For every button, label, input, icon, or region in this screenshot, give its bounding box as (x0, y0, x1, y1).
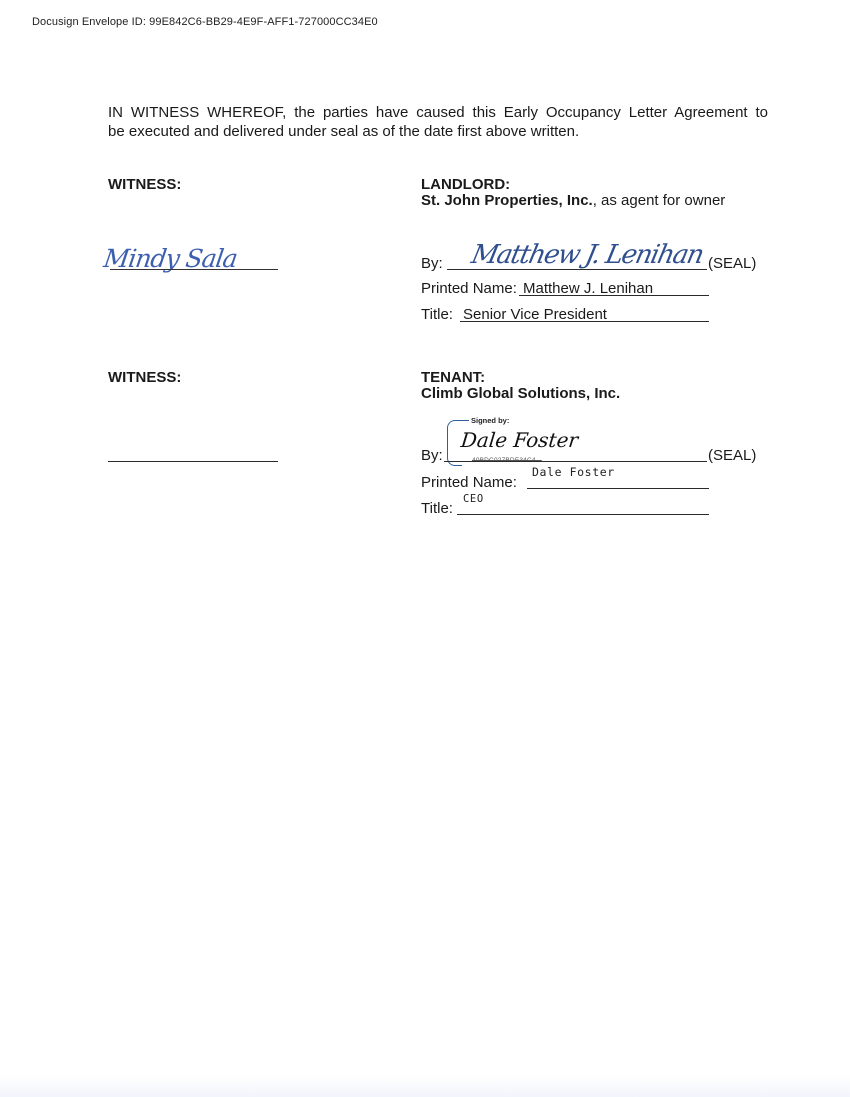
landlord-party: St. John Properties, Inc., as agent for … (421, 192, 725, 209)
tenant-signature-line (444, 461, 707, 462)
landlord-witness-signature-line (110, 269, 278, 270)
tenant-title: CEO (463, 493, 484, 505)
scan-edge-artifact (0, 1075, 850, 1097)
landlord-party-name: St. John Properties, Inc. (421, 192, 593, 209)
landlord-title-label: Title: (421, 306, 453, 323)
landlord-printed-name: Matthew J. Lenihan (523, 280, 653, 297)
tenant-title-label: Title: (421, 500, 453, 517)
tenant-witness-signature-line[interactable] (108, 461, 278, 462)
docusign-frame-top-edge (455, 420, 469, 421)
tenant-printed-name-label: Printed Name: (421, 474, 517, 491)
landlord-seal-label: (SEAL) (708, 255, 756, 272)
landlord-witness-label: WITNESS: (108, 176, 181, 193)
landlord-title: Senior Vice President (463, 306, 607, 323)
docusign-envelope-id: Docusign Envelope ID: 99E842C6-BB29-4E9F… (32, 16, 378, 28)
landlord-printed-name-label: Printed Name: (421, 280, 517, 297)
tenant-signature: Dale Foster (460, 428, 580, 452)
landlord-signature: Matthew J. Lenihan (469, 240, 706, 270)
tenant-title-line (457, 514, 709, 515)
landlord-party-suffix: , as agent for owner (593, 192, 726, 209)
tenant-printed-name: Dale Foster (532, 465, 615, 479)
in-witness-paragraph: IN WITNESS WHEREOF, the parties have cau… (108, 103, 768, 141)
tenant-seal-label: (SEAL) (708, 447, 756, 464)
tenant-by-label: By: (421, 447, 443, 464)
tenant-label: TENANT: (421, 369, 485, 386)
tenant-party-name: Climb Global Solutions, Inc. (421, 385, 620, 402)
tenant-printed-name-line (527, 488, 709, 489)
docusign-signed-by-label: Signed by: (471, 416, 509, 425)
landlord-by-label: By: (421, 255, 443, 272)
tenant-witness-label: WITNESS: (108, 369, 181, 386)
landlord-label: LANDLORD: (421, 176, 510, 193)
paragraph-line-2: be executed and delivered under seal as … (108, 122, 768, 141)
paragraph-line-1: IN WITNESS WHEREOF, the parties have cau… (108, 103, 768, 122)
